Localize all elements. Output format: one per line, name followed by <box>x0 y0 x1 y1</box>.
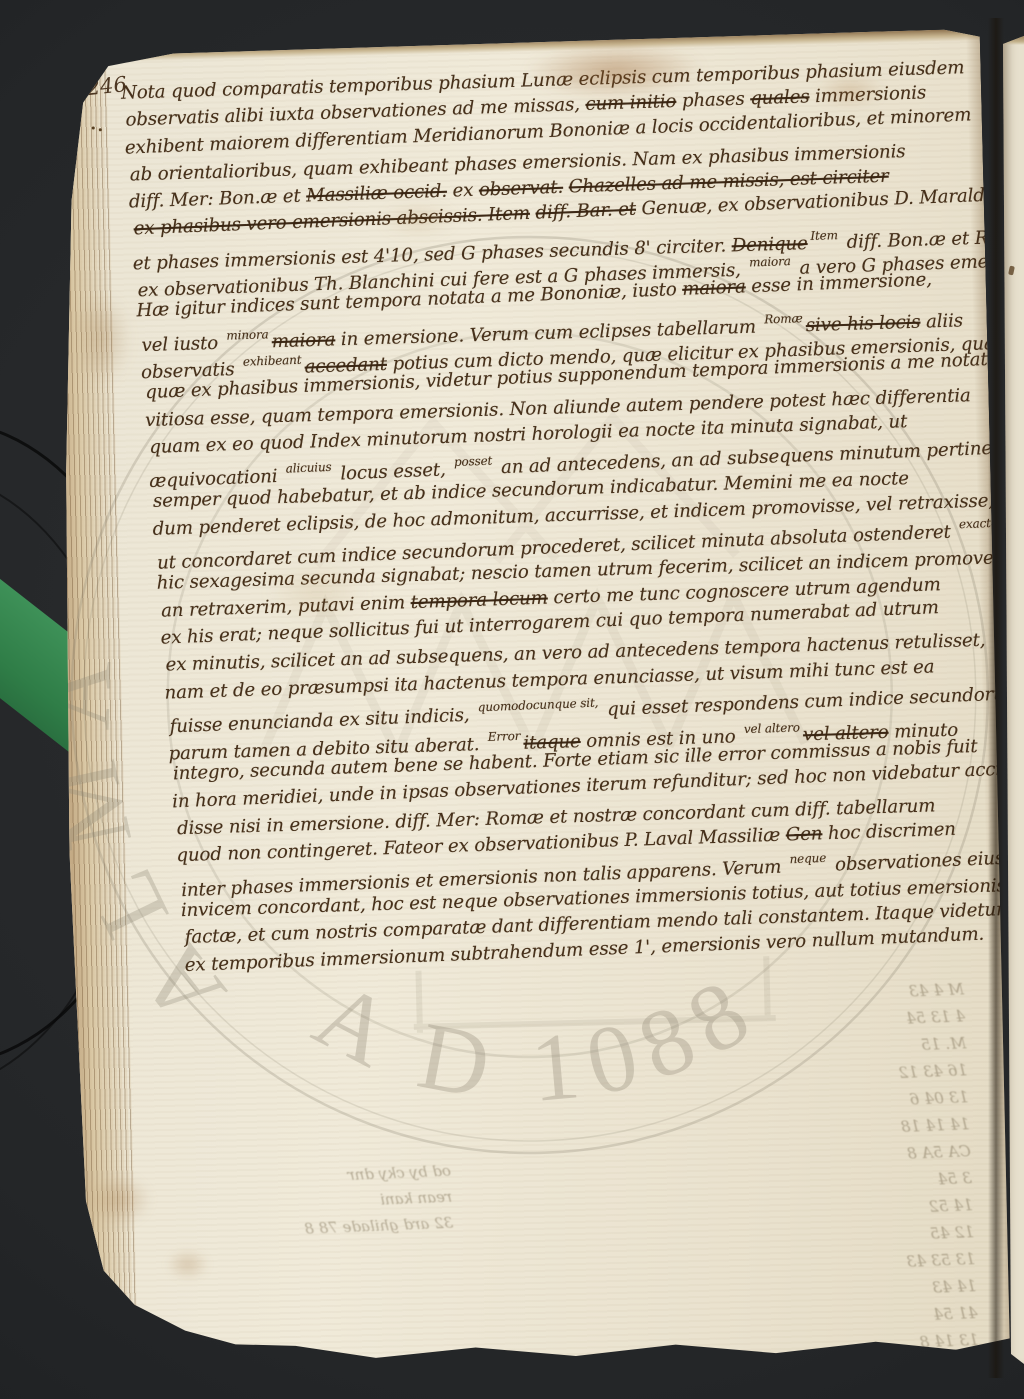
manuscript-photo: ALMA A D 1088 246 Nota quod comparatis t… <box>0 0 1024 1399</box>
ink-dots <box>92 126 95 129</box>
bleedthrough-text-right: M 4 434 13 54M. 1516 43 1213 04 614 14 1… <box>604 976 980 1369</box>
manuscript-page: ALMA A D 1088 246 Nota quod comparatis t… <box>44 29 1012 1381</box>
manuscript-text: Nota quod comparatis temporibus phasium … <box>117 51 1007 981</box>
ink-mark <box>1008 266 1015 276</box>
bleedthrough-text-left: od by cky dnrrean kani32 ard ghilade 78 … <box>181 1158 454 1247</box>
book-gutter-shadow <box>988 18 1004 1378</box>
